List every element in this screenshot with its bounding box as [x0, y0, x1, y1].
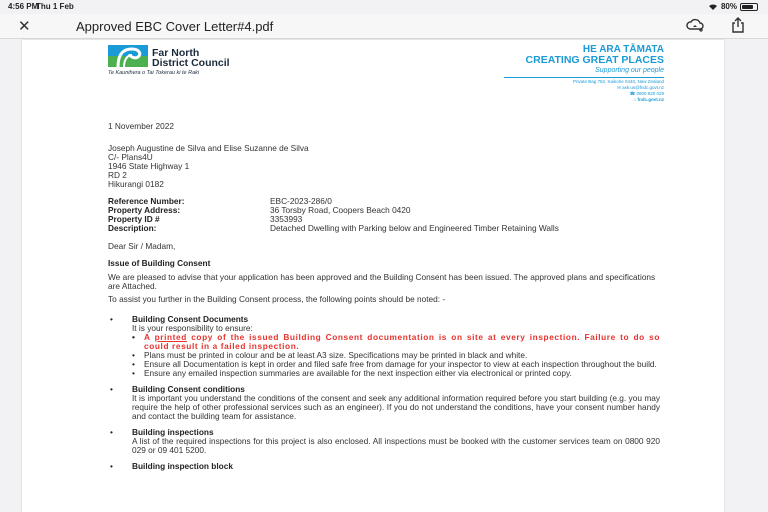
- battery-icon: [740, 3, 758, 11]
- slogan-english: CREATING GREAT PLACES: [504, 55, 664, 66]
- paragraph-approval: We are pleased to advise that your appli…: [108, 273, 660, 291]
- section-consent-conditions: Building Consent conditions It is import…: [108, 385, 660, 421]
- address-line: Hikurangi 0182: [108, 180, 309, 189]
- warning-item: A printed copy of the issued Building Co…: [132, 333, 660, 351]
- section-building-inspections: Building inspections A list of the requi…: [108, 428, 660, 455]
- web-text: fndc.govt.nz: [638, 97, 665, 102]
- cloud-sync-icon: [686, 17, 704, 33]
- ref-label: Description:: [108, 224, 270, 233]
- share-icon: [730, 16, 746, 34]
- status-time: 4:56 PM: [8, 2, 38, 11]
- list-item: Ensure any emailed inspection summaries …: [132, 369, 660, 378]
- close-button[interactable]: ✕: [18, 17, 31, 35]
- left-gutter: [0, 40, 22, 512]
- section-body: It is important you understand the condi…: [132, 394, 660, 421]
- council-logo-icon: [108, 45, 148, 67]
- phone-text: 0800 920 029: [636, 91, 664, 96]
- ref-row: Property Address:36 Torsby Road, Coopers…: [108, 206, 560, 215]
- divider: [504, 77, 664, 78]
- status-right: 80%: [708, 2, 758, 11]
- email-text: ask.us@fndc.govt.nz: [622, 85, 664, 90]
- letterhead-slogan: HE ARA TĀMATA CREATING GREAT PLACES Supp…: [504, 45, 664, 103]
- share-button[interactable]: [730, 16, 746, 34]
- section-title: Building inspection block: [132, 462, 660, 471]
- section-consent-documents: Building Consent Documents It is your re…: [108, 315, 660, 378]
- council-name-line2: District Council: [152, 58, 230, 68]
- document-title: Approved EBC Cover Letter#4.pdf: [76, 19, 273, 34]
- close-icon: ✕: [18, 18, 31, 35]
- status-date: Thu 1 Feb: [36, 2, 74, 11]
- letter-date: 1 November 2022: [108, 122, 174, 131]
- warning-text: copy of the issued Building Consent docu…: [144, 332, 660, 351]
- ref-value: Detached Dwelling with Parking below and…: [270, 224, 560, 233]
- paragraph-points: To assist you further in the Building Co…: [108, 295, 445, 304]
- section-body: A list of the required inspections for t…: [132, 437, 660, 455]
- pdf-viewer-toolbar: ✕ Approved EBC Cover Letter#4.pdf: [0, 14, 768, 39]
- maori-tagline: Te Kaunihera o Tai Tokerau ki te Raki: [108, 70, 199, 76]
- wifi-icon: [708, 3, 718, 11]
- points-list: Building Consent Documents It is your re…: [108, 315, 660, 478]
- address-line: 1946 State Highway 1: [108, 162, 309, 171]
- letter-heading: Issue of Building Consent: [108, 259, 210, 268]
- recipient-address: Joseph Augustine de Silva and Elise Suza…: [108, 144, 309, 189]
- ref-row: Description:Detached Dwelling with Parki…: [108, 224, 560, 233]
- salutation: Dear Sir / Madam,: [108, 242, 175, 251]
- council-name: Far North District Council: [152, 48, 230, 68]
- contact-web: ⌂ fndc.govt.nz: [504, 97, 664, 103]
- status-bar: 4:56 PM Thu 1 Feb 80%: [0, 0, 768, 14]
- section-inspection-block: Building inspection block: [108, 462, 660, 471]
- battery-fill: [742, 5, 753, 9]
- slogan-sub: Supporting our people: [504, 66, 664, 75]
- reference-block: Reference Number:EBC-2023-286/0 Property…: [108, 197, 560, 233]
- cloud-sync-button[interactable]: [686, 17, 704, 33]
- battery-percent: 80%: [721, 2, 737, 11]
